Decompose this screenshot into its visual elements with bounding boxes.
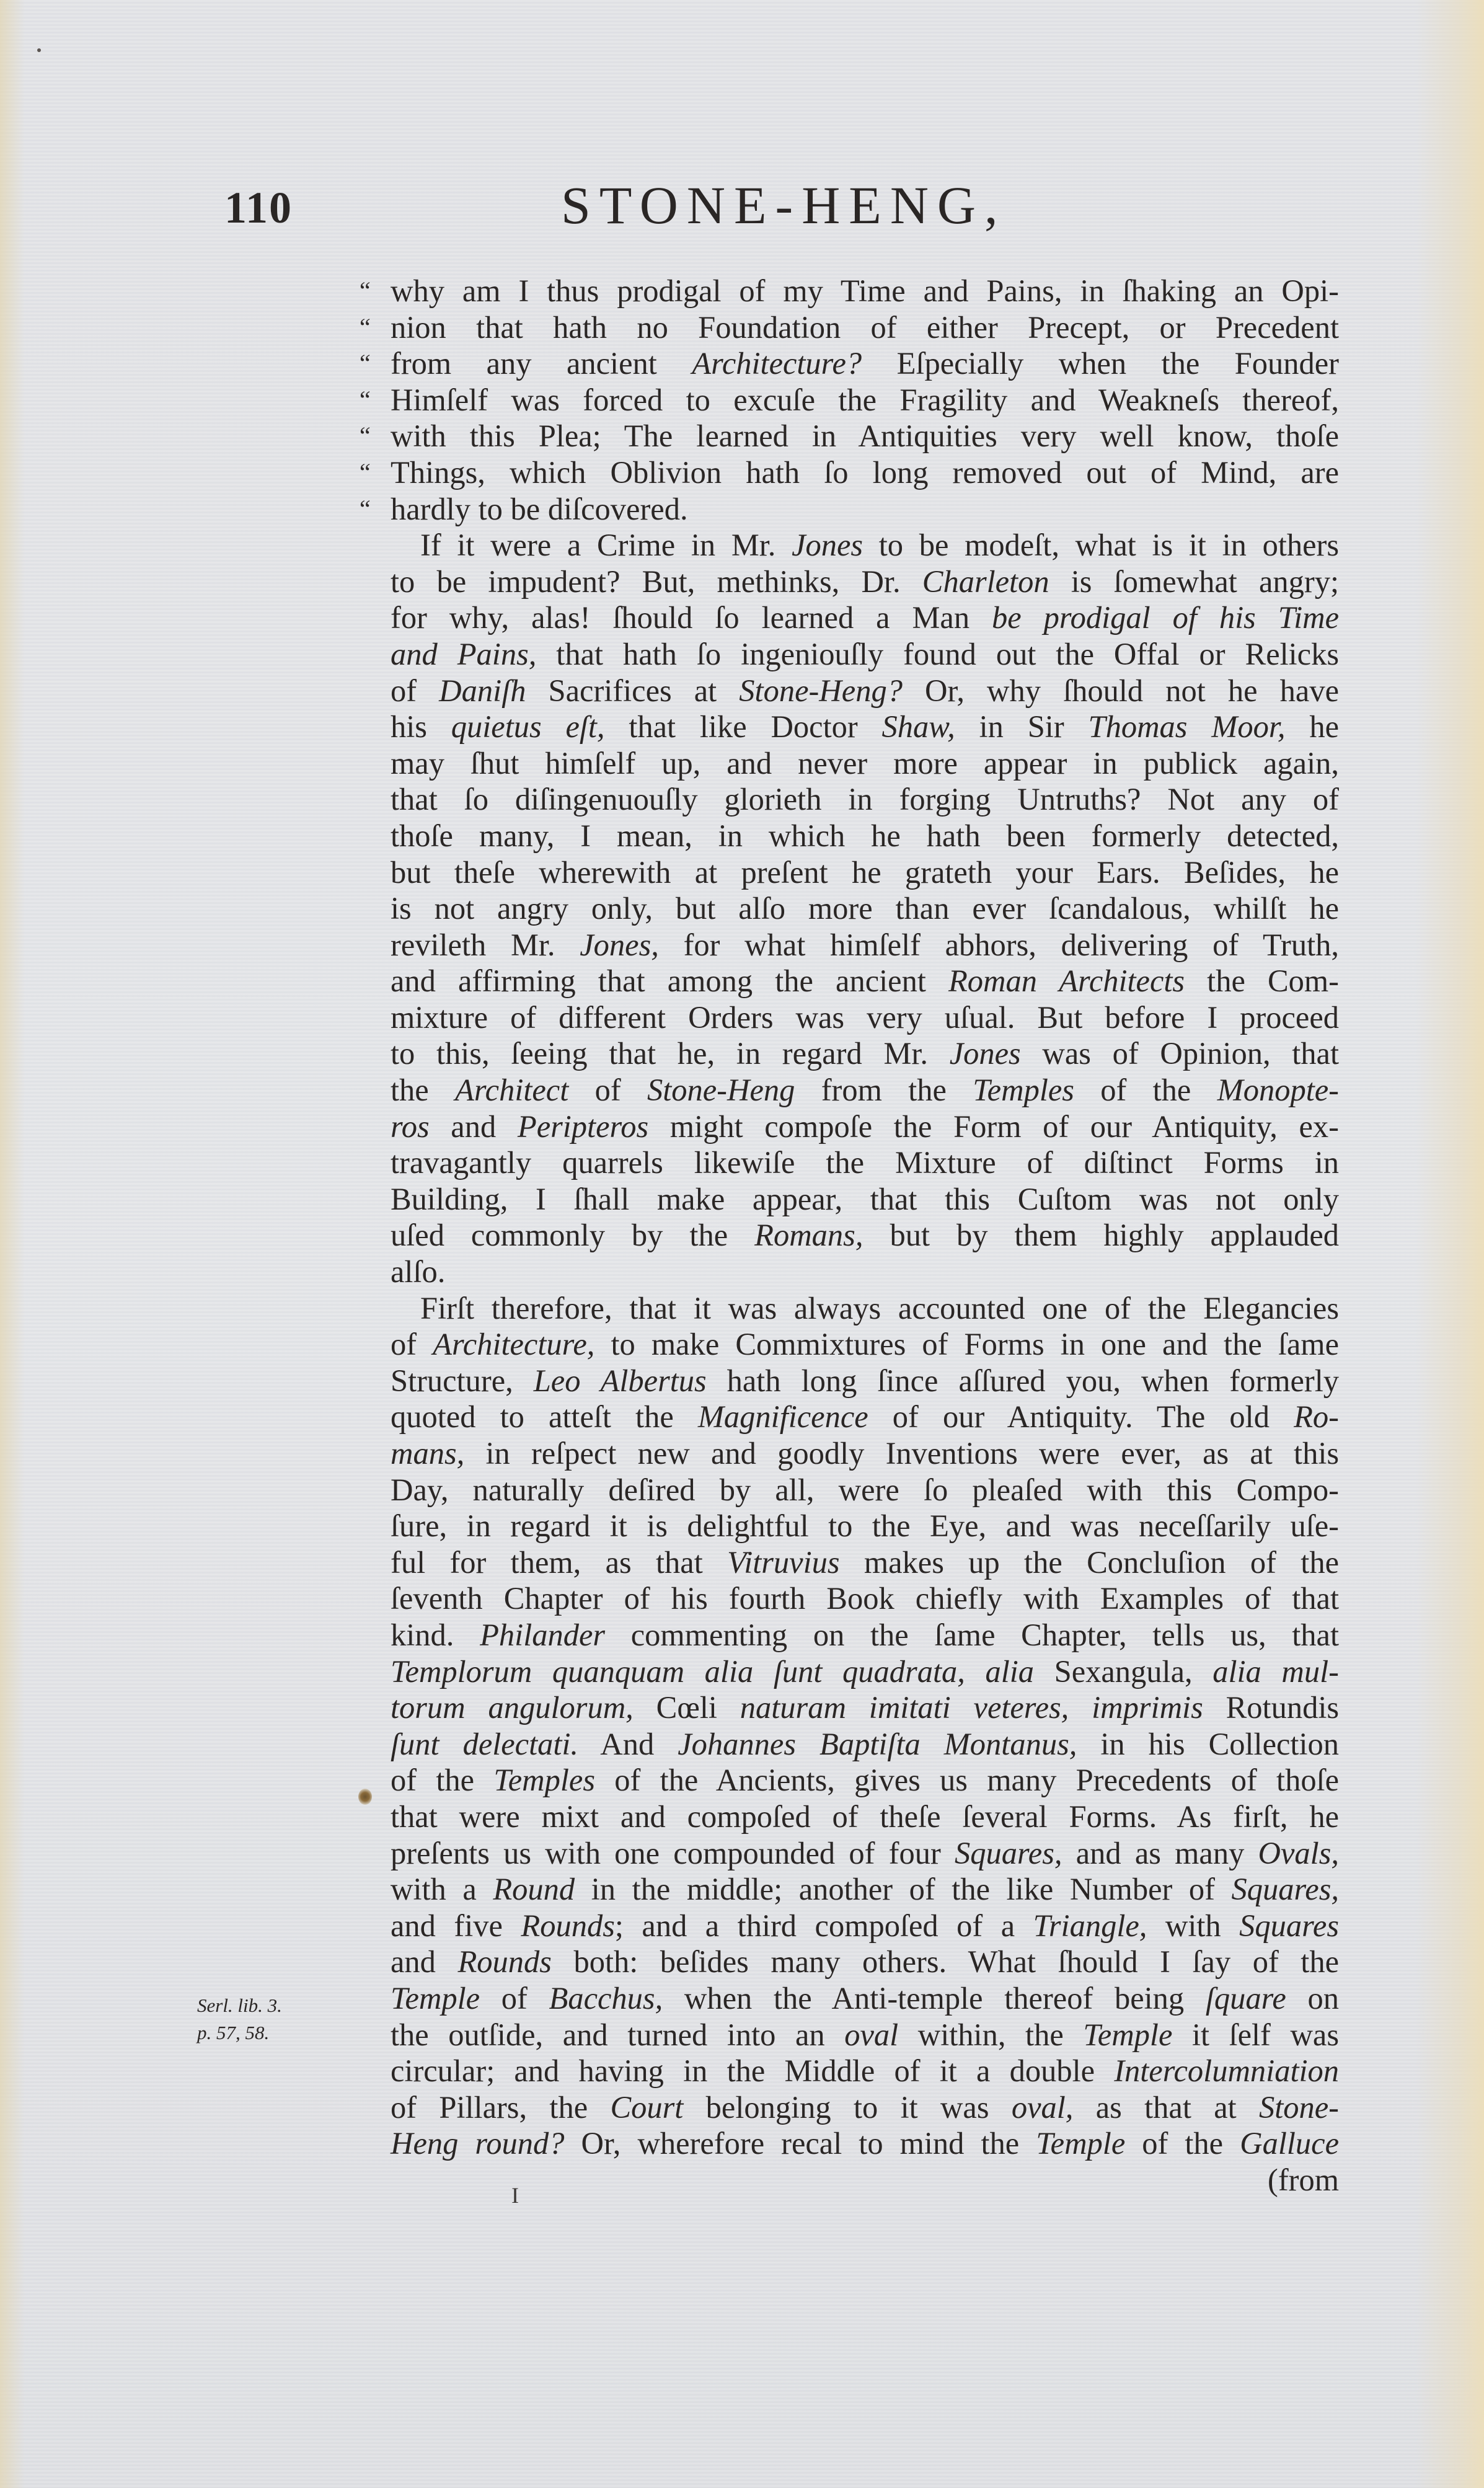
text-run: from the xyxy=(795,1073,973,1107)
text-line: mans, in reſpect new and goodly Inventio… xyxy=(391,1435,1339,1472)
text-run: ſeventh Chapter of his fourth Book chief… xyxy=(391,1581,1339,1616)
text-run: Eſpecially when the Founder xyxy=(862,346,1339,381)
italic-text: Stone-Heng xyxy=(647,1073,795,1107)
text-run: why am I thus prodigal of my Time and Pa… xyxy=(391,273,1339,308)
text-run: ſure, in regard it is delightful to the … xyxy=(391,1508,1339,1543)
text-run: of our Antiquity. The old xyxy=(868,1399,1294,1434)
text-line: of the Temples of the Ancients, gives us… xyxy=(391,1762,1339,1799)
text-run: in Sir xyxy=(955,709,1089,744)
italic-text: Temple xyxy=(1036,2126,1125,2161)
text-line: may ſhut himſelf up, and never more appe… xyxy=(391,745,1339,782)
catchword-row: (from xyxy=(391,2162,1339,2198)
margin-note-line: Serl. lib. 3. xyxy=(197,1992,282,2019)
italic-text: Jones xyxy=(950,1036,1021,1071)
text-run: of xyxy=(568,1073,647,1107)
text-line: revileth Mr. Jones, for what himſelf abh… xyxy=(391,927,1339,963)
italic-text: Squares, xyxy=(1232,1872,1339,1906)
text-run: within, the xyxy=(898,2017,1083,2052)
text-line: ful for them, as that Vitruvius makes up… xyxy=(391,1544,1339,1581)
italic-text: Heng round? xyxy=(391,2126,564,2161)
text-line: and affirming that among the ancient Rom… xyxy=(391,963,1339,999)
text-run: ; and a third compoſed of a xyxy=(615,1908,1033,1943)
text-run: he xyxy=(1286,709,1339,744)
text-run: of xyxy=(391,1327,433,1361)
text-run: circular; and having in the Middle of it… xyxy=(391,2053,1114,2088)
text-line: and five Rounds; and a third compoſed of… xyxy=(391,1908,1339,1944)
text-line: preſents us with one compounded of four … xyxy=(391,1835,1339,1872)
text-line: with a Round in the middle; another of t… xyxy=(391,1871,1339,1908)
italic-text: Galluce xyxy=(1240,2126,1339,2161)
text-run: and as many xyxy=(1062,1836,1258,1870)
text-line: alſo. xyxy=(391,1254,1339,1290)
italic-text: Round xyxy=(493,1872,575,1906)
text-line: of Architecture, to make Commixtures of … xyxy=(391,1326,1339,1363)
text-run: with xyxy=(1147,1908,1239,1943)
text-run: Things, which Oblivion hath ſo long remo… xyxy=(391,455,1339,490)
text-run: revileth Mr. xyxy=(391,927,580,962)
text-line: Heng round? Or, wherefore recal to mind … xyxy=(391,2125,1339,2162)
italic-text: Temples xyxy=(973,1073,1074,1107)
text-run: with this Plea; The learned in Antiquiti… xyxy=(391,418,1339,453)
text-run: thoſe many, I mean, in which he hath bee… xyxy=(391,818,1339,853)
text-run: alſo. xyxy=(391,1254,445,1289)
text-line: the outſide, and turned into an oval wit… xyxy=(391,2017,1339,2053)
text-run: in the middle; another of the like Numbe… xyxy=(575,1872,1231,1906)
text-line: Templorum quanquam alia ſunt quadrata, a… xyxy=(391,1654,1339,1690)
text-run: it ſelf was xyxy=(1172,2017,1339,2052)
text-line: kind. Philander commenting on the ſame C… xyxy=(391,1617,1339,1654)
italic-text: Roman Architects xyxy=(948,963,1185,998)
catchword: (from xyxy=(1268,2163,1339,2197)
text-line: but theſe wherewith at preſent he gratet… xyxy=(391,854,1339,891)
text-run: both: beſides many others. What ſhould I… xyxy=(552,1944,1339,1979)
text-line: Temple of Bacchus, when the Anti-temple … xyxy=(391,1980,1339,2017)
signature-mark: I xyxy=(511,2182,519,2208)
text-run: preſents us with one compounded of four xyxy=(391,1836,955,1870)
text-run: the outſide, and turned into an xyxy=(391,2017,844,2052)
text-run: and xyxy=(391,1944,457,1979)
text-run: is not angry only, but alſo more than ev… xyxy=(391,891,1339,926)
text-run: of the xyxy=(1074,1073,1217,1107)
italic-text: naturam imitati veteres, imprimis xyxy=(740,1690,1203,1725)
text-run: Firſt therefore, that it was always acco… xyxy=(420,1291,1339,1326)
text-run: the Com- xyxy=(1185,963,1339,998)
text-line: torum angulorum, Cœli naturam imitati ve… xyxy=(391,1689,1339,1726)
text-run: Day, naturally deſired by all, were ſo p… xyxy=(391,1472,1339,1507)
italic-text: Shaw, xyxy=(882,709,955,744)
italic-text: Romans, xyxy=(754,1218,863,1252)
text-run: and five xyxy=(391,1908,521,1943)
text-run: of xyxy=(391,673,439,708)
running-head: 110 STONE-HENG, xyxy=(0,177,1484,239)
text-line: ros and Peripteros might compoſe the For… xyxy=(391,1109,1339,1145)
text-run: that hath ſo ingeniouſly found out the O… xyxy=(536,637,1339,671)
text-run: as that at xyxy=(1073,2090,1259,2125)
text-run: Or, wherefore recal to mind the xyxy=(564,2126,1036,2161)
italic-text: torum angulorum, xyxy=(391,1690,634,1725)
text-line: “Things, which Oblivion hath ſo long rem… xyxy=(391,454,1339,491)
text-run: and xyxy=(430,1109,518,1144)
text-run: to be modeſt, what is it in others xyxy=(863,528,1339,562)
text-line: to be impudent? But, methinks, Dr. Charl… xyxy=(391,564,1339,600)
paragraph-1: If it were a Crime in Mr. Jones to be mo… xyxy=(391,527,1339,1290)
text-line: “from any ancient Architecture? Eſpecial… xyxy=(391,345,1339,382)
text-run: of the Ancients, gives us many Precedent… xyxy=(595,1763,1339,1797)
italic-text: alia mul- xyxy=(1212,1654,1339,1689)
italic-text: Triangle, xyxy=(1033,1908,1147,1943)
paper-speck xyxy=(37,48,41,52)
text-run: Or, why ſhould not he have xyxy=(903,673,1339,708)
text-run: the xyxy=(391,1073,455,1107)
italic-text: Vitruvius xyxy=(727,1545,839,1580)
text-line: to this, ſeeing that he, in regard Mr. J… xyxy=(391,1035,1339,1072)
text-run: when the Anti-temple thereof being xyxy=(663,1981,1206,2016)
italic-text: ſunt delectati. xyxy=(391,1727,578,1761)
text-line: “with this Plea; The learned in Antiquit… xyxy=(391,418,1339,454)
text-run: in his Collection xyxy=(1077,1727,1339,1761)
quotation-mark: “ xyxy=(360,382,371,418)
text-run: with a xyxy=(391,1872,493,1906)
text-run: Cœli xyxy=(634,1690,740,1725)
italic-text: Templorum quanquam alia ſunt quadrata, a… xyxy=(391,1654,1034,1689)
text-line: ſure, in regard it is delightful to the … xyxy=(391,1508,1339,1544)
italic-text: oval xyxy=(844,2017,898,2052)
text-run: travagantly quarrels likewiſe the Mixtur… xyxy=(391,1145,1339,1180)
text-run: belonging to it was xyxy=(683,2090,1012,2125)
text-run: Sacrifices at xyxy=(526,673,739,708)
quotation-mark: “ xyxy=(360,491,371,528)
text-run: nion that hath no Foundation of either P… xyxy=(391,310,1339,345)
text-run: may ſhut himſelf up, and never more appe… xyxy=(391,746,1339,781)
text-line: that were mixt and compoſed of theſe ſev… xyxy=(391,1799,1339,1835)
text-run: makes up the Concluſion of the xyxy=(840,1545,1339,1580)
margin-note-line: p. 57, 58. xyxy=(197,2019,282,2047)
text-run: ful for them, as that xyxy=(391,1545,727,1580)
text-run: Himſelf was forced to excuſe the Fragili… xyxy=(391,383,1339,417)
text-run: kind. xyxy=(391,1618,480,1652)
text-line: Firſt therefore, that it was always acco… xyxy=(391,1290,1339,1327)
paragraph-2: Firſt therefore, that it was always acco… xyxy=(391,1290,1339,2162)
text-run: might compoſe the Form of our Antiquity,… xyxy=(648,1109,1339,1144)
italic-text: Court xyxy=(610,2090,683,2125)
text-run: If it were a Crime in Mr. xyxy=(420,528,792,562)
page-number: 110 xyxy=(224,177,293,239)
quotation-mark: “ xyxy=(360,273,371,309)
text-line: Structure, Leo Albertus hath long ſince … xyxy=(391,1363,1339,1399)
text-run: was of Opinion, that xyxy=(1021,1036,1339,1071)
italic-text: Charleton xyxy=(922,564,1049,599)
text-run: is ſomewhat angry; xyxy=(1049,564,1339,599)
text-run: quoted to atteſt the xyxy=(391,1399,698,1434)
running-title: STONE-HENG, xyxy=(561,174,1007,236)
italic-text: Architecture, xyxy=(433,1327,594,1361)
text-run: that were mixt and compoſed of theſe ſev… xyxy=(391,1799,1339,1834)
italic-text: Thomas Moor, xyxy=(1088,709,1285,744)
italic-text: be prodigal of his Time xyxy=(992,600,1339,635)
text-line: thoſe many, I mean, in which he hath bee… xyxy=(391,818,1339,854)
quotation-mark: “ xyxy=(360,418,371,454)
text-run: Sexangula, xyxy=(1034,1654,1212,1689)
text-line: “nion that hath no Foundation of either … xyxy=(391,309,1339,346)
italic-text: mans, xyxy=(391,1436,464,1471)
book-page: 110 STONE-HENG, “why am I thus prodigal … xyxy=(0,0,1484,2488)
text-line: ſunt delectati. And Johannes Baptiſta Mo… xyxy=(391,1726,1339,1763)
text-run: in reſpect new and goodly Inventions wer… xyxy=(464,1436,1339,1471)
text-run: of xyxy=(480,1981,549,2016)
italic-text: Rounds xyxy=(457,1944,552,1979)
text-line: ſeventh Chapter of his fourth Book chief… xyxy=(391,1580,1339,1617)
text-run: for what himſelf abhors, delivering of T… xyxy=(659,927,1339,962)
text-run: to this, ſeeing that he, in regard Mr. xyxy=(391,1036,950,1071)
text-run: of the xyxy=(1125,2126,1240,2161)
text-line: of Daniſh Sacrifices at Stone-Heng? Or, … xyxy=(391,673,1339,709)
body-text: “why am I thus prodigal of my Time and P… xyxy=(391,273,1339,2198)
text-line: “hardly to be diſcovered. xyxy=(391,491,1339,528)
text-line: is not angry only, but alſo more than ev… xyxy=(391,890,1339,927)
italic-text: Jones, xyxy=(580,927,659,962)
text-run: hardly to be diſcovered. xyxy=(391,492,688,526)
italic-text: Bacchus, xyxy=(549,1981,663,2016)
italic-text: Rounds xyxy=(521,1908,615,1943)
text-line: quoted to atteſt the Magnificence of our… xyxy=(391,1399,1339,1435)
text-run: but theſe wherewith at preſent he gratet… xyxy=(391,855,1339,890)
text-run: of the xyxy=(391,1763,493,1797)
italic-text: Architect xyxy=(455,1073,568,1107)
italic-text: Temple xyxy=(391,1981,480,2016)
text-line: uſed commonly by the Romans, but by them… xyxy=(391,1217,1339,1254)
text-run: his xyxy=(391,709,451,744)
text-line: Day, naturally deſired by all, were ſo p… xyxy=(391,1472,1339,1508)
text-line: mixture of different Orders was very uſu… xyxy=(391,999,1339,1036)
text-line: circular; and having in the Middle of it… xyxy=(391,2053,1339,2089)
quoted-passage: “why am I thus prodigal of my Time and P… xyxy=(391,273,1339,527)
italic-text: quietus eſt, xyxy=(451,709,605,744)
text-run: hath long ſince aſſured you, when former… xyxy=(707,1363,1339,1398)
text-run: And xyxy=(578,1727,678,1761)
text-line: and Pains, that hath ſo ingeniouſly foun… xyxy=(391,636,1339,673)
text-line: the Architect of Stone-Heng from the Tem… xyxy=(391,1072,1339,1109)
italic-text: Magnificence xyxy=(698,1399,868,1434)
italic-text: Stone- xyxy=(1259,2090,1339,2125)
text-line: for why, alas! ſhould ſo learned a Man b… xyxy=(391,600,1339,636)
text-line: “why am I thus prodigal of my Time and P… xyxy=(391,273,1339,309)
text-run: Rotundis xyxy=(1203,1690,1339,1725)
text-line: travagantly quarrels likewiſe the Mixtur… xyxy=(391,1144,1339,1181)
italic-text: Philander xyxy=(480,1618,605,1652)
italic-text: Intercolumniation xyxy=(1114,2053,1339,2088)
margin-note: Serl. lib. 3. p. 57, 58. xyxy=(197,1992,282,2047)
text-run: Building, I ſhall make appear, that this… xyxy=(391,1182,1339,1216)
text-run: to be impudent? But, methinks, Dr. xyxy=(391,564,922,599)
text-run: commenting on the ſame Chapter, tells us… xyxy=(605,1618,1339,1652)
ink-stain xyxy=(358,1789,372,1805)
italic-text: Jones xyxy=(792,528,863,562)
italic-text: Monopte- xyxy=(1217,1073,1339,1107)
text-run: on xyxy=(1286,1981,1339,2016)
italic-text: Ovals, xyxy=(1258,1836,1339,1870)
italic-text: Squares xyxy=(1239,1908,1339,1943)
text-run: for why, alas! ſhould ſo learned a Man xyxy=(391,600,992,635)
text-line: that ſo diſingenuouſly glorieth in forgi… xyxy=(391,781,1339,818)
italic-text: Ro- xyxy=(1294,1399,1339,1434)
text-line: and Rounds both: beſides many others. Wh… xyxy=(391,1944,1339,1980)
italic-text: and Pains, xyxy=(391,637,536,671)
quotation-mark: “ xyxy=(360,345,371,382)
text-line: If it were a Crime in Mr. Jones to be mo… xyxy=(391,527,1339,564)
text-run: uſed commonly by the xyxy=(391,1218,754,1252)
text-line: Building, I ſhall make appear, that this… xyxy=(391,1181,1339,1218)
italic-text: ros xyxy=(391,1109,430,1144)
italic-text: Johannes Baptiſta Montanus, xyxy=(678,1727,1077,1761)
text-run: but by them highly applauded xyxy=(863,1218,1339,1252)
italic-text: Temples xyxy=(493,1763,595,1797)
quotation-mark: “ xyxy=(360,454,371,491)
text-line: of Pillars, the Court belonging to it wa… xyxy=(391,2089,1339,2126)
italic-text: oval, xyxy=(1012,2090,1074,2125)
italic-text: Architecture? xyxy=(692,346,862,381)
text-line: his quietus eſt, that like Doctor Shaw, … xyxy=(391,709,1339,745)
quotation-mark: “ xyxy=(360,309,371,346)
text-run: that like Doctor xyxy=(605,709,882,744)
italic-text: ſquare xyxy=(1206,1981,1286,2016)
italic-text: Stone-Heng? xyxy=(739,673,903,708)
italic-text: Temple xyxy=(1083,2017,1172,2052)
text-run: mixture of different Orders was very uſu… xyxy=(391,1000,1339,1035)
text-run: from any ancient xyxy=(391,346,692,381)
italic-text: Daniſh xyxy=(439,673,526,708)
text-run: and affirming that among the ancient xyxy=(391,963,948,998)
italic-text: Leo Albertus xyxy=(534,1363,707,1398)
text-line: “Himſelf was forced to excuſe the Fragil… xyxy=(391,382,1339,418)
text-run: Structure, xyxy=(391,1363,534,1398)
text-run: to make Commixtures of Forms in one and … xyxy=(594,1327,1339,1361)
italic-text: Squares, xyxy=(955,1836,1062,1870)
text-run: that ſo diſingenuouſly glorieth in forgi… xyxy=(391,782,1339,817)
text-run: of Pillars, the xyxy=(391,2090,610,2125)
italic-text: Peripteros xyxy=(518,1109,648,1144)
